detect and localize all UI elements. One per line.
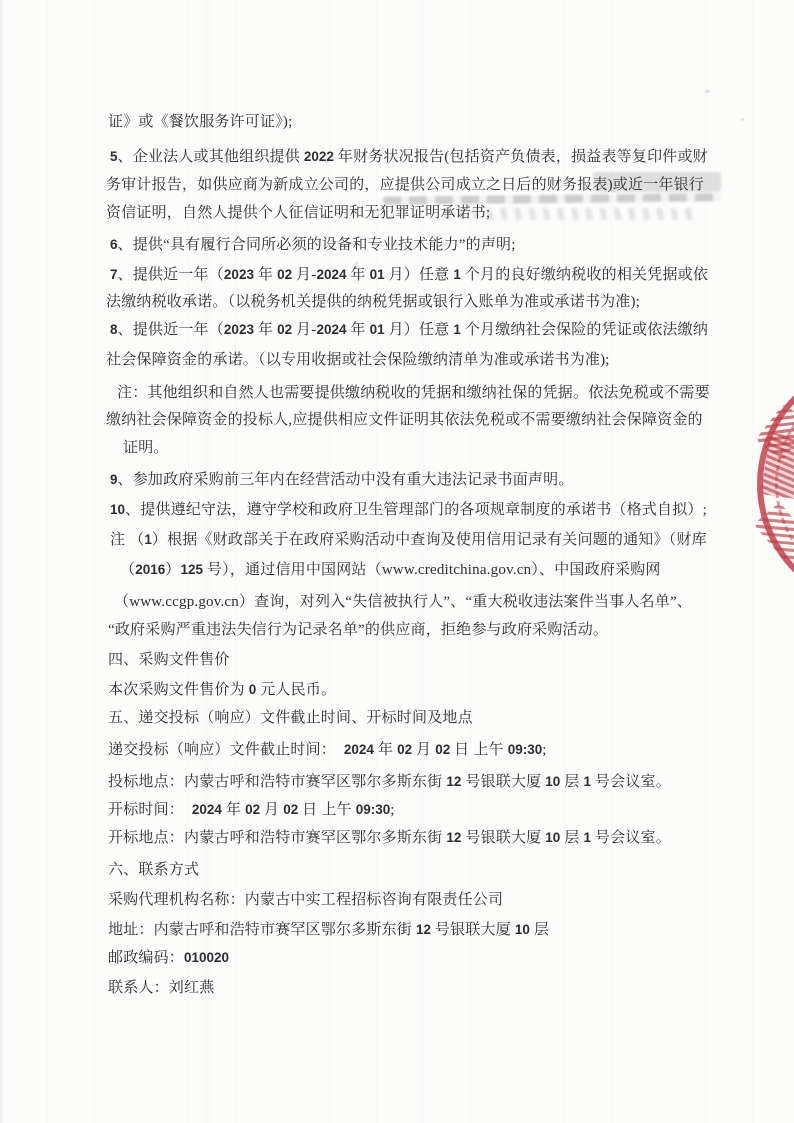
text-line: 资信证明，自然人提供个人征信证明和无犯罪证明承诺书;: [106, 203, 490, 223]
scanned-document-page: 证》或《餐饮服务许可证》);5、企业法人或其他组织提供 2022 年财务状况报告…: [0, 0, 794, 1123]
text-run: 六、联系方式: [108, 862, 199, 878]
text-run: 1: [144, 532, 152, 547]
text-run: 层: [560, 830, 583, 846]
text-run: ）根据《财政部关于在政府采购活动中查询及使用信用记录有关问题的通知》（财库: [152, 532, 707, 548]
text-run: 月: [412, 742, 435, 758]
text-run: 年: [254, 267, 277, 283]
text-run: 02: [277, 267, 292, 282]
text-line: 本次采购文件售价为 0 元人民币。: [108, 680, 336, 700]
text-line: “政府采购严重违法失信行为记录名单”的供应商，拒绝参与政府采购活动。: [108, 620, 608, 640]
text-run: 02: [397, 742, 412, 757]
text-line: 法缴纳税收承诺。（以税务机关提供的纳税凭据或银行入账单为准或承诺书为准);: [106, 292, 640, 312]
text-run: 社会保障资金的承诺。（以专用收据或社会保险缴纳清单为准或承诺书为准);: [106, 352, 610, 368]
text-run: 、提供近一年（: [118, 267, 224, 283]
text-line: 四、采购文件售价: [108, 650, 230, 670]
text-run: 、提供遵纪守法，遵守学校和政府卫生管理部门的各项规章制度的承诺书（格式自拟）;: [125, 502, 707, 518]
text-line: 务审计报告，如供应商为新成立公司的，应提供公司成立之日后的财务报表)或近一年银行: [106, 175, 704, 195]
text-run: “政府采购严重违法失信行为记录名单”的供应商，拒绝参与政府采购活动。: [108, 622, 608, 638]
text-run: 1: [453, 322, 461, 337]
text-run: 02: [283, 802, 298, 817]
text-run: 年: [254, 322, 277, 338]
text-line: 6、提供“具有履行合同所必须的设备和专业技术能力”的声明;: [110, 235, 516, 255]
text-line: 递交投标（响应）文件截止时间： 2024 年 02 月 02 日 上午 09:3…: [108, 740, 547, 760]
text-run: 年: [347, 322, 370, 338]
text-run: 010020: [184, 950, 229, 965]
text-line: 注 （1）根据《财政部关于在政府采购活动中查询及使用信用记录有关问题的通知》（财…: [110, 530, 707, 550]
text-run: 01: [370, 322, 385, 337]
text-run: 日 上午: [298, 802, 355, 818]
text-run: 1: [583, 830, 591, 845]
text-run: 号银联大厦: [431, 922, 515, 938]
text-line: 投标地点：内蒙古呼和浩特市赛罕区鄂尔多斯东街 12 号银联大厦 10 层 1 号…: [108, 772, 671, 792]
text-run: 01: [370, 267, 385, 282]
scan-noise-speck: [741, 118, 744, 121]
scan-noise-speck: [705, 90, 710, 93]
scan-noise-speck: [355, 262, 358, 265]
text-run: 12: [446, 774, 461, 789]
text-run: 投标地点：内蒙古呼和浩特市赛罕区鄂尔多斯东街: [108, 774, 446, 790]
text-run: 采购代理机构名称：内蒙古中实工程招标咨询有限责任公司: [108, 892, 503, 908]
text-run: 月-: [292, 267, 316, 283]
text-run: 2022: [304, 149, 334, 164]
text-run: 02: [435, 742, 450, 757]
text-run: 9: [110, 472, 118, 487]
red-seal: [757, 359, 794, 609]
text-line: 开标地点：内蒙古呼和浩特市赛罕区鄂尔多斯东街 12 号银联大厦 10 层 1 号…: [108, 828, 671, 848]
text-run: 月: [260, 802, 283, 818]
text-run: 09:30: [508, 742, 543, 757]
text-run: 月）任意: [385, 322, 454, 338]
text-run: 月-: [292, 322, 316, 338]
text-run: 四、采购文件售价: [108, 652, 230, 668]
text-line: 缴纳社会保障资金的投标人,应提供相应文件证明其依法免税或不需要缴纳社会保障资金的: [106, 410, 703, 430]
text-run: 号会议室。: [591, 830, 671, 846]
text-run: 本次采购文件售价为: [108, 682, 249, 698]
text-run: 邮政编码：: [108, 950, 184, 966]
text-run: 、企业法人或其他组织提供: [118, 149, 304, 165]
text-line: 五、递交投标（响应）文件截止时间、开标时间及地点: [108, 708, 473, 728]
text-line: 9、参加政府采购前三年内在经营活动中没有重大违法记录书面声明。: [110, 470, 574, 490]
text-run: 12: [446, 830, 461, 845]
text-line: 7、提供近一年（2023 年 02 月-2024 年 01 月）任意 1 个月的…: [110, 265, 708, 285]
text-run: 层: [560, 774, 583, 790]
text-run: 号银联大厦: [461, 774, 545, 790]
text-run: 缴纳社会保障资金的投标人,应提供相应文件证明其依法免税或不需要缴纳社会保障资金的: [106, 412, 703, 428]
text-line: 邮政编码：010020: [108, 948, 229, 968]
text-run: 09:30: [356, 802, 391, 817]
text-run: 注 （: [110, 532, 144, 548]
text-run: 2024: [192, 802, 222, 817]
text-run: 2023: [224, 267, 254, 282]
text-run: 年: [374, 742, 397, 758]
text-line: 六、联系方式: [108, 860, 199, 880]
text-run: 2023: [224, 322, 254, 337]
text-run: 、提供“具有履行合同所必须的设备和专业技术能力”的声明;: [118, 237, 516, 253]
text-run: 、参加政府采购前三年内在经营活动中没有重大违法记录书面声明。: [118, 472, 574, 488]
text-line: 采购代理机构名称：内蒙古中实工程招标咨询有限责任公司: [108, 890, 503, 910]
text-run: 10: [545, 774, 560, 789]
text-line: 5、企业法人或其他组织提供 2022 年财务状况报告(包括资产负债表，损益表等复…: [110, 147, 708, 167]
text-run: 5: [110, 149, 118, 164]
text-line: （2016）125 号），通过信用中国网站（www.creditchina.go…: [120, 560, 661, 580]
text-run: ;: [542, 742, 546, 758]
text-run: 个月缴纳社会保险的凭证或依法缴纳: [461, 322, 708, 338]
text-run: 10: [110, 502, 125, 517]
text-run: 年: [222, 802, 245, 818]
text-run: （www.ccgp.gov.cn）查询，对列入“失信被执行人”、“重大税收违法案…: [114, 594, 692, 610]
text-run: 12: [416, 922, 431, 937]
text-line: 注：其他组织和自然人也需要提供缴纳税收的凭据和缴纳社保的凭据。依法免税或不需要: [117, 383, 710, 403]
text-line: 开标时间： 2024 年 02 月 02 日 上午 09:30;: [108, 800, 395, 820]
text-run: 务审计报告，如供应商为新成立公司的，应提供公司成立之日后的财务报表)或近一年银行: [106, 177, 704, 193]
text-run: 2016: [135, 562, 165, 577]
seal-text-fragment: [754, 502, 794, 565]
text-run: 资信证明，自然人提供个人征信证明和无犯罪证明承诺书;: [106, 205, 490, 221]
text-run: 证明。: [123, 440, 169, 456]
text-run: 2024: [344, 742, 374, 757]
text-run: 号银联大厦: [461, 830, 545, 846]
text-run: 10: [515, 922, 530, 937]
text-run: 联系人：刘红燕: [108, 980, 214, 996]
text-run: 号会议室。: [591, 774, 671, 790]
text-run: ）: [165, 562, 180, 578]
text-line: 社会保障资金的承诺。（以专用收据或社会保险缴纳清单为准或承诺书为准);: [106, 350, 610, 370]
text-run: 年财务状况报告(包括资产负债表，损益表等复印件或财: [334, 149, 708, 165]
text-run: ;: [390, 802, 394, 818]
text-line: 地址：内蒙古呼和浩特市赛罕区鄂尔多斯东街 12 号银联大厦 10 层: [108, 920, 549, 940]
text-line: （www.ccgp.gov.cn）查询，对列入“失信被执行人”、“重大税收违法案…: [114, 592, 692, 612]
text-run: 日 上午: [450, 742, 507, 758]
text-run: 证》或《餐饮服务许可证》);: [108, 114, 292, 130]
text-line: 证明。: [123, 438, 169, 458]
text-run: 10: [545, 830, 560, 845]
text-run: （: [120, 562, 135, 578]
text-run: 6: [110, 237, 118, 252]
text-run: 7: [110, 267, 118, 282]
text-run: 2024: [316, 322, 346, 337]
text-run: 8: [110, 322, 118, 337]
text-line: 证》或《餐饮服务许可证》);: [108, 112, 292, 132]
text-run: 注：其他组织和自然人也需要提供缴纳税收的凭据和缴纳社保的凭据。依法免税或不需要: [117, 385, 710, 401]
text-run: 五、递交投标（响应）文件截止时间、开标时间及地点: [108, 710, 473, 726]
text-run: 年: [347, 267, 370, 283]
text-run: 递交投标（响应）文件截止时间：: [108, 742, 344, 758]
text-run: 法缴纳税收承诺。（以税务机关提供的纳税凭据或银行入账单为准或承诺书为准);: [106, 294, 640, 310]
text-line: 8、提供近一年（2023 年 02 月-2024 年 01 月）任意 1 个月缴…: [110, 320, 708, 340]
text-run: 125: [180, 562, 203, 577]
text-run: 开标地点：内蒙古呼和浩特市赛罕区鄂尔多斯东街: [108, 830, 446, 846]
text-run: 元人民币。: [256, 682, 336, 698]
text-run: 、提供近一年（: [118, 322, 224, 338]
text-run: 号），通过信用中国网站（www.creditchina.gov.cn）、中国政府…: [203, 562, 661, 578]
text-run: 2024: [316, 267, 346, 282]
text-run: 02: [277, 322, 292, 337]
text-run: 个月的良好缴纳税收的相关凭据或依: [461, 267, 708, 283]
text-run: 1: [583, 774, 591, 789]
text-run: 层: [530, 922, 549, 938]
text-run: 开标时间：: [108, 802, 192, 818]
text-run: 02: [245, 802, 260, 817]
text-run: 地址：内蒙古呼和浩特市赛罕区鄂尔多斯东街: [108, 922, 416, 938]
text-run: 1: [453, 267, 461, 282]
text-run: 月）任意: [385, 267, 454, 283]
text-line: 10、提供遵纪守法，遵守学校和政府卫生管理部门的各项规章制度的承诺书（格式自拟）…: [110, 500, 707, 520]
text-line: 联系人：刘红燕: [108, 978, 214, 998]
